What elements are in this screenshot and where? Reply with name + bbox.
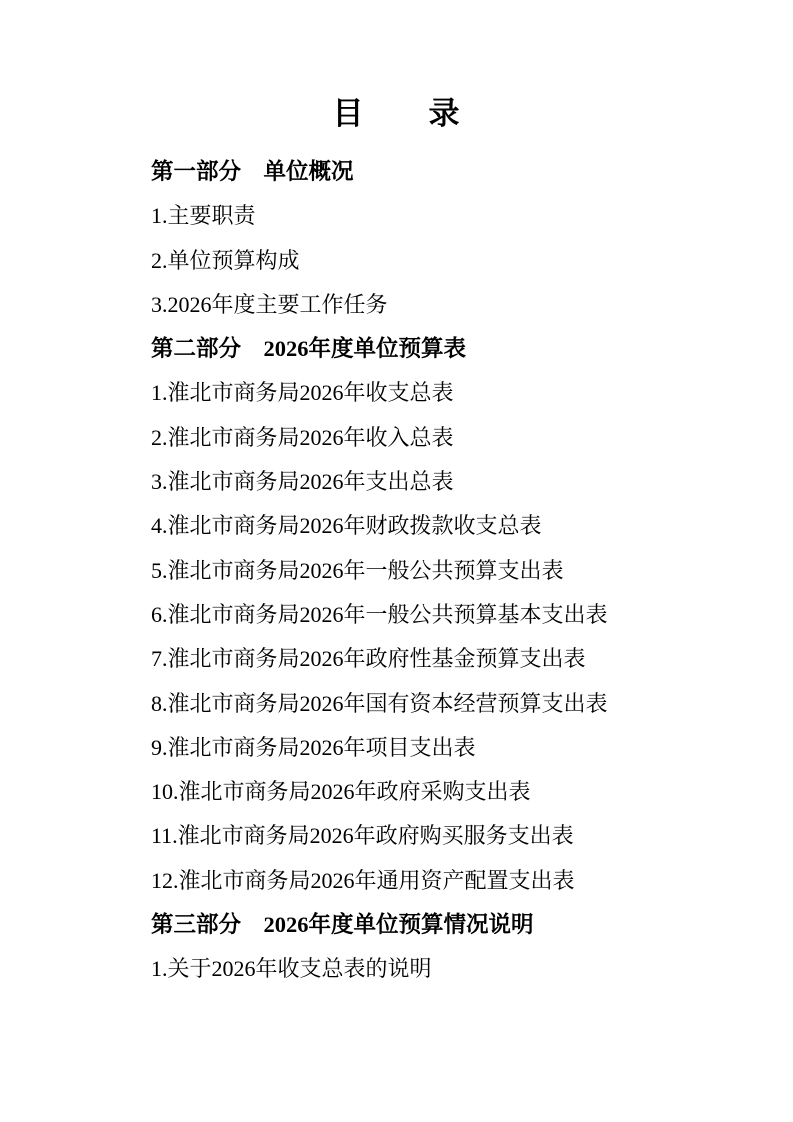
toc-item: 9.淮北市商务局2026年项目支出表 xyxy=(151,726,743,770)
toc-item: 2.单位预算构成 xyxy=(151,239,743,283)
toc-section-heading-1: 第一部分 单位概况 xyxy=(151,150,743,194)
toc-item: 1.主要职责 xyxy=(151,194,743,238)
toc-item: 6.淮北市商务局2026年一般公共预算基本支出表 xyxy=(151,593,743,637)
document-page: 目 录 第一部分 单位概况 1.主要职责 2.单位预算构成 3.2026年度主要… xyxy=(0,0,793,1122)
toc-item: 11.淮北市商务局2026年政府购买服务支出表 xyxy=(151,814,743,858)
toc-item: 1.关于2026年收支总表的说明 xyxy=(151,947,743,991)
table-of-contents: 第一部分 单位概况 1.主要职责 2.单位预算构成 3.2026年度主要工作任务… xyxy=(151,150,743,992)
page-title: 目 录 xyxy=(0,94,793,134)
toc-item: 3.2026年度主要工作任务 xyxy=(151,283,743,327)
toc-item: 2.淮北市商务局2026年收入总表 xyxy=(151,416,743,460)
toc-item: 8.淮北市商务局2026年国有资本经营预算支出表 xyxy=(151,682,743,726)
toc-section-heading-3: 第三部分 2026年度单位预算情况说明 xyxy=(151,903,743,947)
toc-item: 12.淮北市商务局2026年通用资产配置支出表 xyxy=(151,859,743,903)
toc-item: 3.淮北市商务局2026年支出总表 xyxy=(151,460,743,504)
toc-item: 5.淮北市商务局2026年一般公共预算支出表 xyxy=(151,549,743,593)
toc-section-heading-2: 第二部分 2026年度单位预算表 xyxy=(151,327,743,371)
toc-item: 7.淮北市商务局2026年政府性基金预算支出表 xyxy=(151,637,743,681)
toc-item: 10.淮北市商务局2026年政府采购支出表 xyxy=(151,770,743,814)
toc-item: 1.淮北市商务局2026年收支总表 xyxy=(151,371,743,415)
toc-item: 4.淮北市商务局2026年财政拨款收支总表 xyxy=(151,504,743,548)
